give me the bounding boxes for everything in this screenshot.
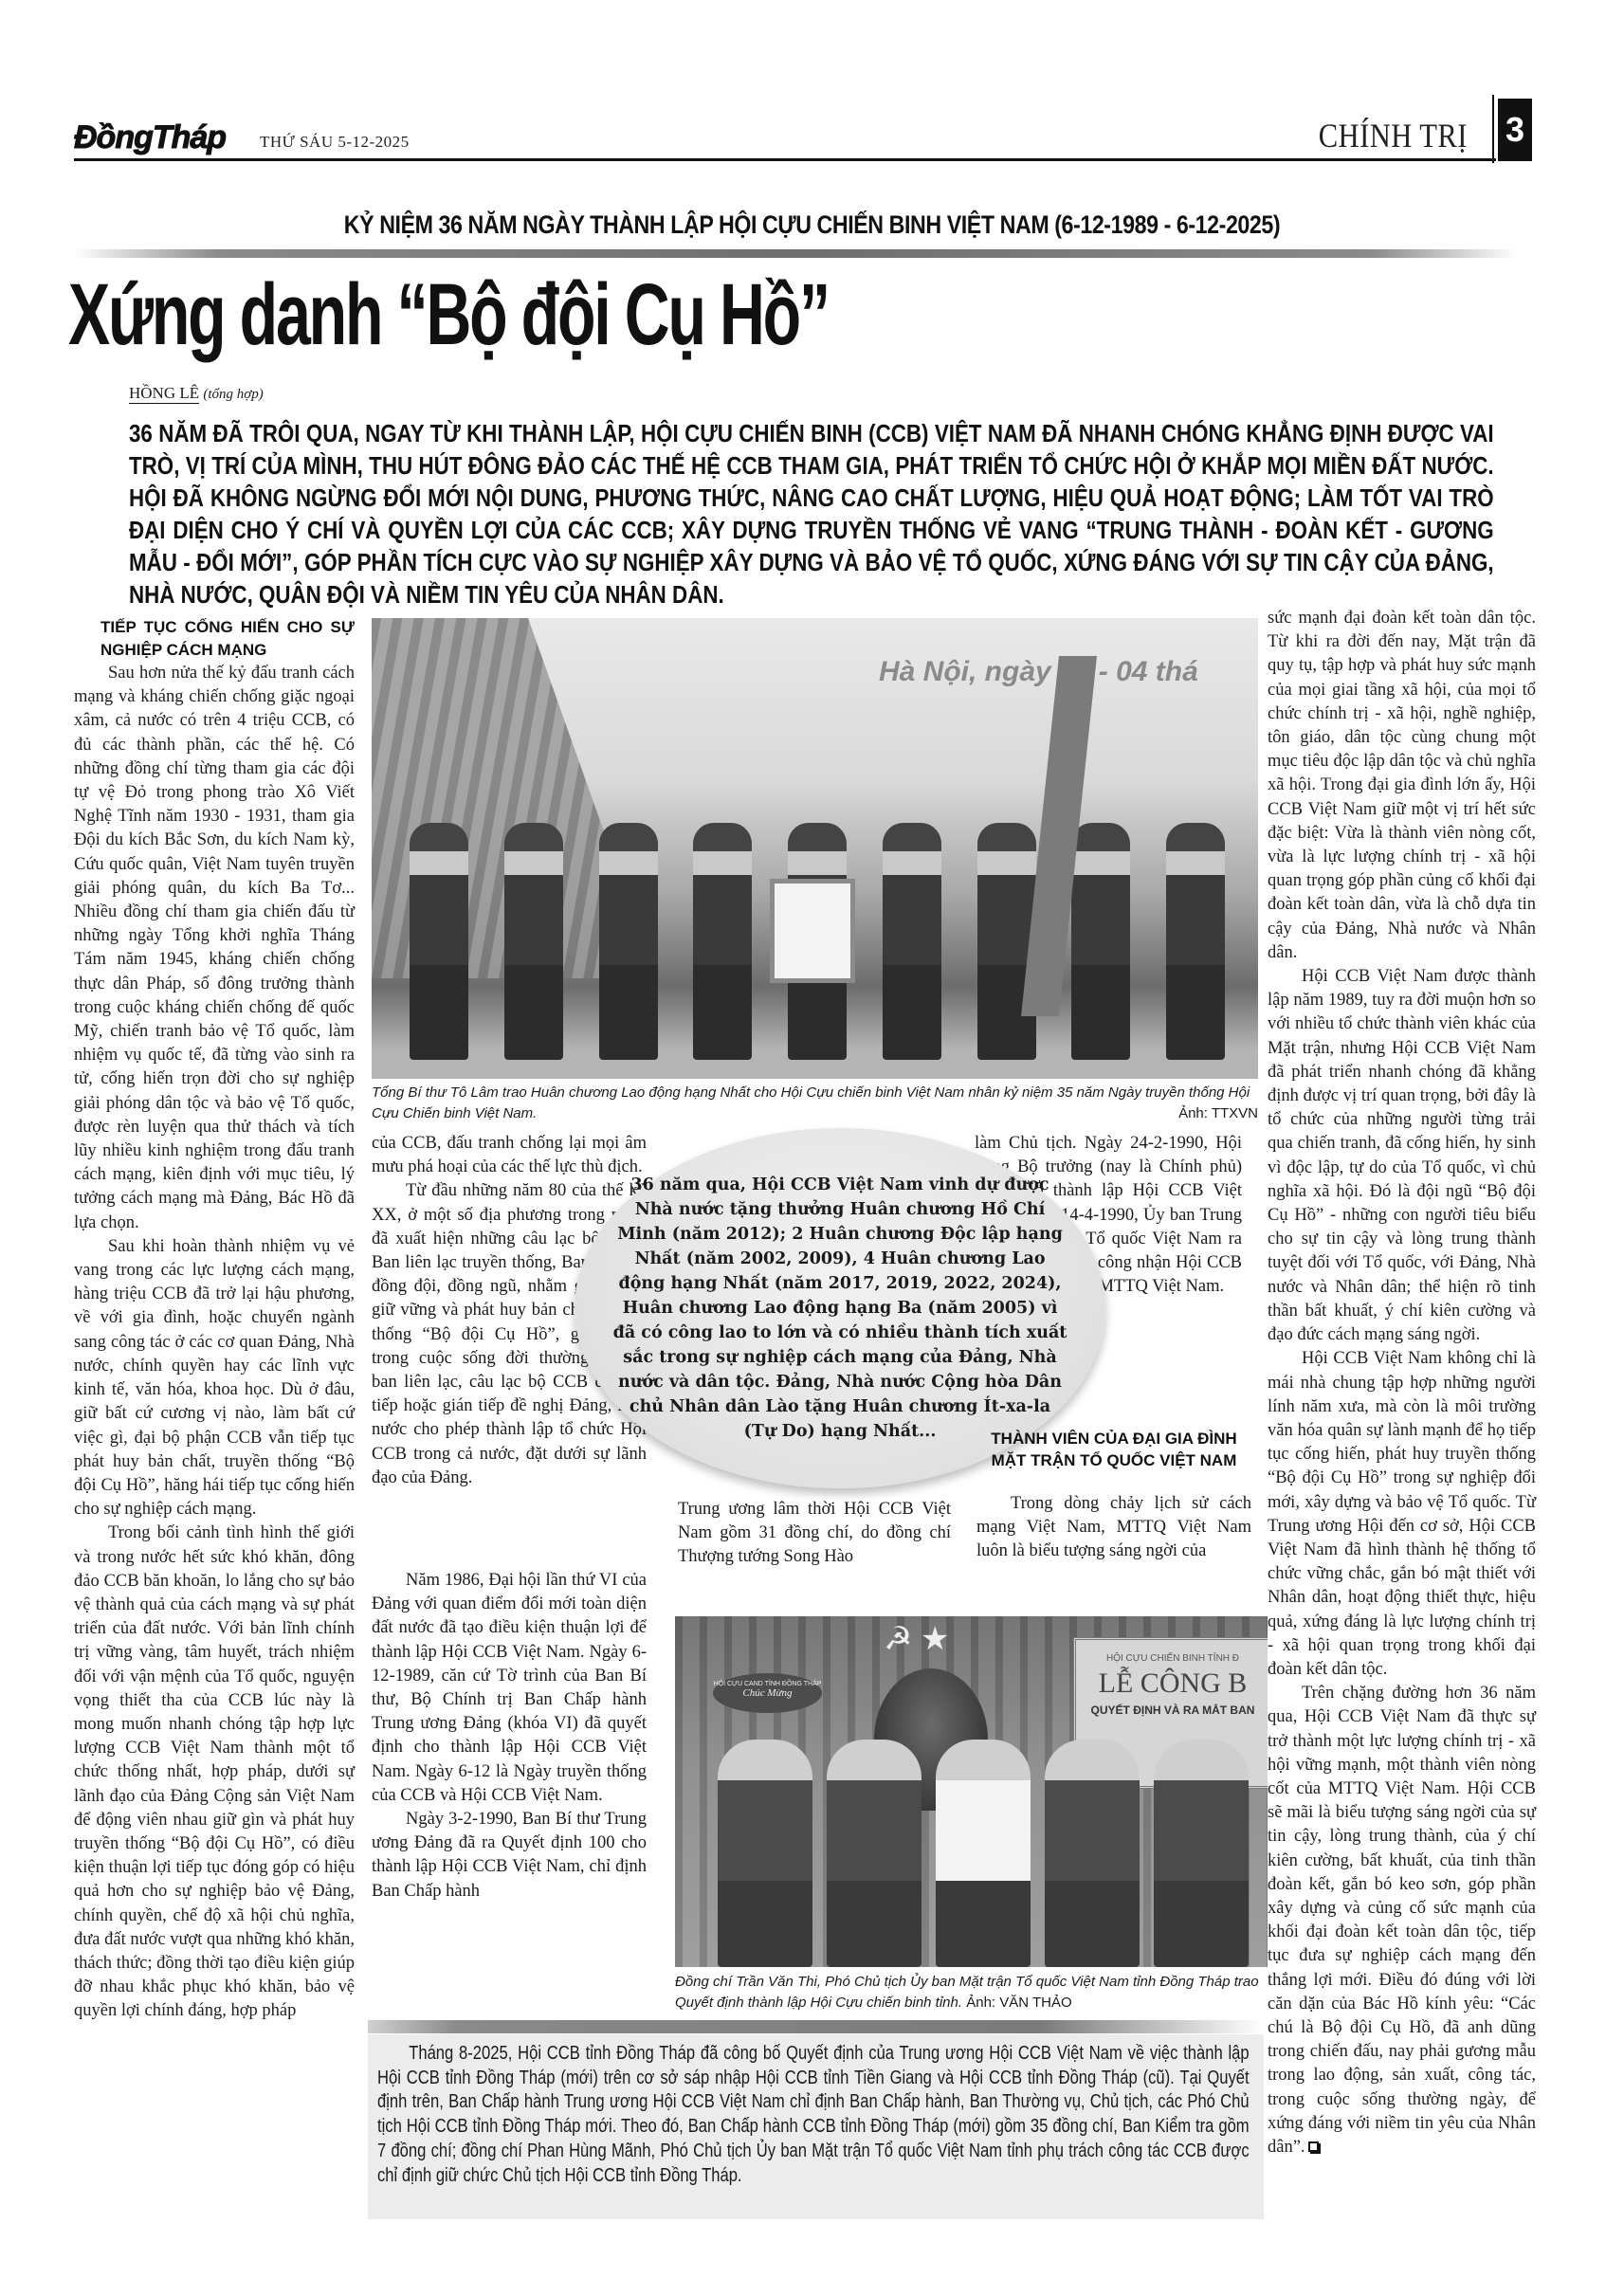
person-figure [1045, 1740, 1140, 1967]
award-ceremony-photo: Hà Nội, ngày 03 - 04 thá [372, 618, 1258, 1079]
person-figure [504, 823, 563, 1060]
info-boxout: Tháng 8-2025, Hội CCB tỉnh Đồng Tháp đã … [368, 2034, 1264, 2219]
photo-credit: Ảnh: VĂN THẢO [966, 1995, 1071, 2011]
end-of-article-icon [1308, 2141, 1319, 2152]
hammer-sickle-star-icon: ☭ ★ [884, 1620, 949, 1658]
paragraph: Trong dòng chảy lịch sử cách mạng Việt N… [976, 1492, 1251, 1564]
photo-people-row [718, 1730, 1249, 1967]
person-figure [599, 823, 658, 1060]
banner-main-text: LỄ CÔNG B [1076, 1667, 1268, 1700]
person-figure [1166, 823, 1225, 1060]
banner-sub-text: QUYẾT ĐỊNH VÀ RA MẮT BAN [1076, 1704, 1268, 1717]
boxout-divider [368, 2020, 1264, 2033]
paragraph: của CCB, đấu tranh chống lại mọi âm mưu … [372, 1132, 647, 1179]
paragraph: Năm 1986, Đại hội lần thứ VI của Đảng vớ… [372, 1569, 647, 1808]
person-figure [693, 823, 752, 1060]
paragraph: Trong bối cảnh tình hình thế giới và tro… [74, 1522, 355, 2023]
author-name: HỒNG LÊ [129, 384, 199, 404]
section-subhead-1: TIẾP TỤC CỐNG HIẾN CHO SỰ NGHIỆP CÁCH MẠ… [74, 616, 355, 662]
paragraph: Sau khi hoàn thành nhiệm vụ vẻ vang tron… [74, 1235, 355, 1522]
pullquote-text: 36 năm qua, Hội CCB Việt Nam vinh dự đượ… [612, 1173, 1067, 1444]
person-figure [883, 823, 941, 1060]
masthead: ĐồngTháp THỨ SÁU 5-12-2025 CHÍNH TRỊ [74, 112, 1496, 161]
paragraph-text: Trên chặng đường hơn 36 năm qua, Hội CCB… [1268, 1684, 1536, 2157]
article-headline: Xứng danh “Bộ đội Cụ Hồ” [68, 265, 829, 365]
photo-credit: Ảnh: TTXVN [1178, 1103, 1258, 1124]
page-number: 3 [1498, 99, 1532, 161]
newspaper-logo: ĐồngTháp [74, 119, 226, 156]
congratulation-wreath: HỘI CỰU CAND TỈNH ĐỒNG THÁP Chúc Mừng [713, 1673, 822, 1713]
left-column: TIẾP TỤC CỐNG HIẾN CHO SỰ NGHIỆP CÁCH MẠ… [74, 616, 355, 2024]
paragraph: Ngày 3-2-1990, Ban Bí thư Trung ương Đản… [372, 1808, 647, 1904]
issue-date: THỨ SÁU 5-12-2025 [260, 133, 410, 152]
person-figure [1071, 823, 1130, 1060]
person-figure [827, 1740, 921, 1967]
paragraph: Hội CCB Việt Nam được thành lập năm 1989… [1268, 965, 1536, 1347]
middle-column-block-e: Năm 1986, Đại hội lần thứ VI của Đảng vớ… [372, 1569, 647, 1904]
paragraph: Trên chặng đường hơn 36 năm qua, Hội CCB… [1268, 1682, 1536, 2159]
article-lead: 36 năm đã trôi qua, ngay từ khi thành lậ… [129, 417, 1494, 610]
paragraph: Sau hơn nửa thế kỷ đấu tranh cách mạng v… [74, 662, 355, 1235]
byline: HỒNG LÊ (tổng hợp) [129, 384, 264, 403]
person-figure [1154, 1740, 1249, 1967]
person-figure [718, 1740, 812, 1967]
certificate-frame [770, 879, 855, 983]
paragraph: Trung ương lâm thời Hội CCB Việt Nam gồm… [678, 1498, 951, 1570]
photo-2-caption: Đồng chí Trần Văn Thi, Phó Chủ tịch Ủy b… [675, 1972, 1268, 2014]
caption-text: Tổng Bí thư Tô Lâm trao Huân chương Lao … [372, 1084, 1250, 1121]
right-column: sức mạnh đại đoàn kết toàn dân tộc. Từ k… [1268, 607, 1536, 2159]
middle-column-block-d: Trong dòng chảy lịch sử cách mạng Việt N… [976, 1492, 1251, 1564]
photo-1-caption: Tổng Bí thư Tô Lâm trao Huân chương Lao … [372, 1083, 1258, 1124]
middle-column-block-c: Trung ương lâm thời Hội CCB Việt Nam gồm… [678, 1498, 951, 1570]
paragraph: sức mạnh đại đoàn kết toàn dân tộc. Từ k… [1268, 607, 1536, 965]
page-number-divider [1492, 95, 1494, 163]
section-subhead-2: THÀNH VIÊN CỦA ĐẠI GIA ĐÌNH MẶT TRẬN TỔ … [976, 1428, 1251, 1471]
decision-handover-photo: ☭ ★ HỘI CỰU CAND TỈNH ĐỒNG THÁP Chúc Mừn… [675, 1616, 1268, 1967]
photo-backdrop-text: Hà Nội, ngày 03 - 04 thá [879, 656, 1198, 688]
wreath-text: HỘI CỰU CAND TỈNH ĐỒNG THÁP [713, 1681, 822, 1687]
kicker-divider [74, 249, 1517, 258]
article-kicker: KỶ NIỆM 36 NĂM NGÀY THÀNH LẬP HỘI CỰU CH… [114, 210, 1510, 240]
person-figure [977, 823, 1036, 1060]
person-figure [410, 823, 468, 1060]
wreath-subtext: Chúc Mừng [713, 1687, 822, 1699]
banner-top-text: HỘI CỰU CHIẾN BINH TỈNH Đ [1076, 1653, 1268, 1664]
boxout-text: Tháng 8-2025, Hội CCB tỉnh Đồng Tháp đã … [377, 2042, 1250, 2188]
paragraph: Hội CCB Việt Nam không chỉ là mái nhà ch… [1268, 1347, 1536, 1682]
section-name: CHÍNH TRỊ [1319, 116, 1468, 155]
byline-note: (tổng hợp) [203, 387, 263, 402]
person-figure [936, 1740, 1031, 1967]
